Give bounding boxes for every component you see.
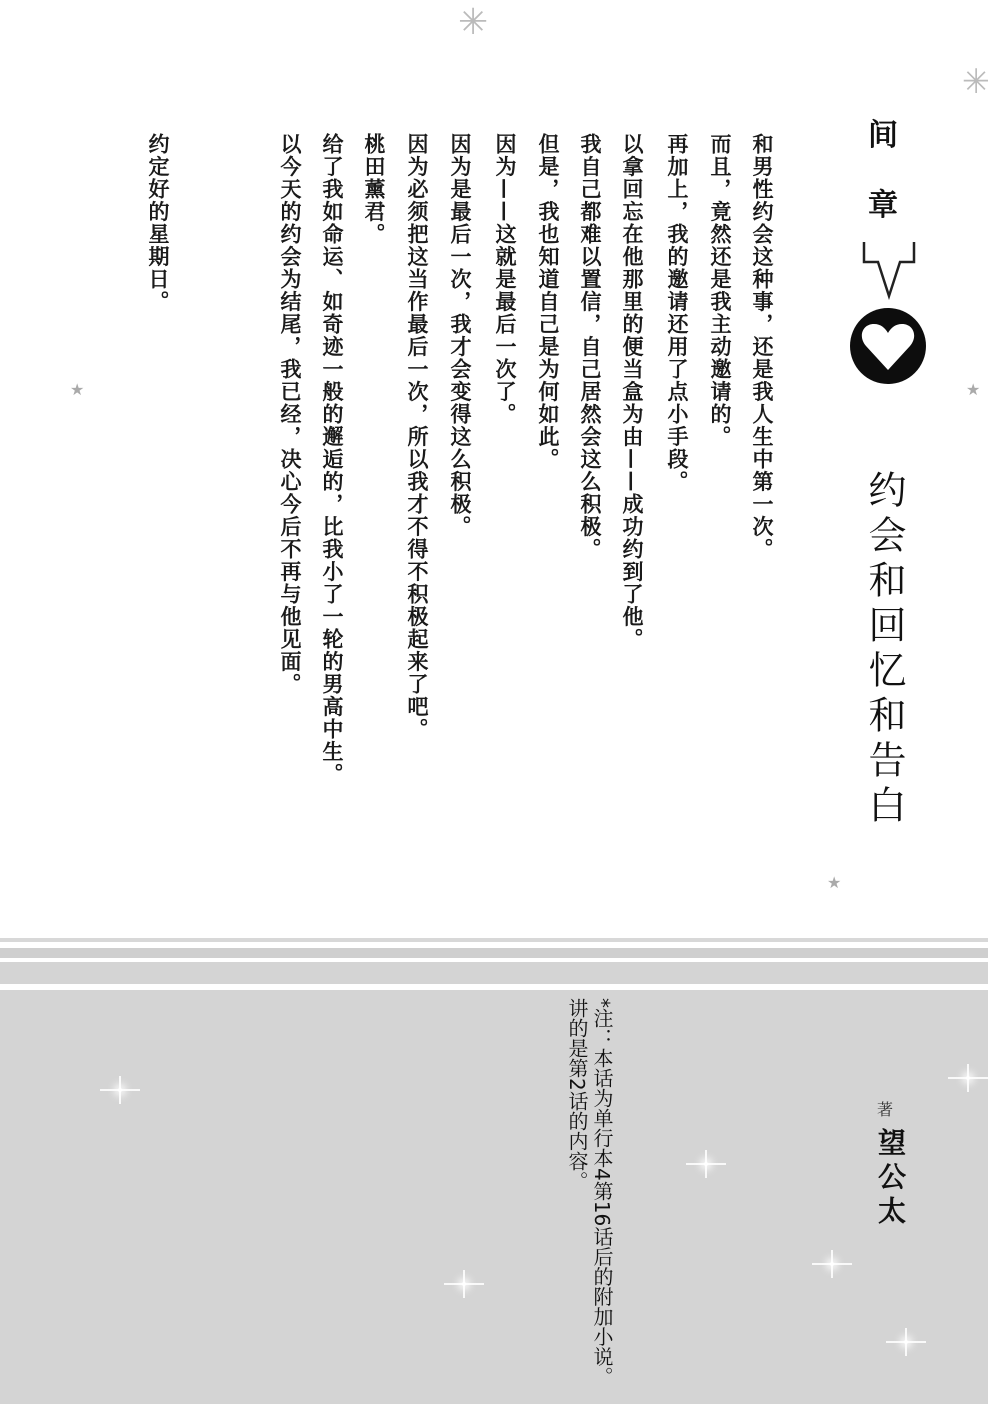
sparkle-icon: [904, 1340, 908, 1344]
divider-stripe: [0, 938, 988, 942]
chapter-label-2: 章: [868, 180, 898, 224]
speech-bubble-tail-icon: [862, 240, 916, 300]
sparkle-icon: [118, 1088, 122, 1092]
sparkle-icon: [462, 1282, 466, 1286]
star-icon: ✳: [458, 2, 488, 43]
body-column-8: 因为是最后一次，我才会变得这么积极。: [448, 133, 472, 538]
sparkle-icon: [830, 1262, 834, 1266]
body-column-11: 给了我如命运、如奇迹一般的邂逅的，比我小了一轮的男高中生。: [320, 133, 344, 786]
body-column-2: 而且，竟然还是我主动邀请的。: [708, 133, 732, 448]
chapter-title: 约会和回忆和告白: [862, 470, 906, 830]
body-column-6: 但是，我也知道自己是为何如此。: [536, 133, 560, 471]
star-icon: ★: [827, 873, 841, 892]
star-icon: ★: [70, 380, 84, 399]
body-column-5: 我自己都难以置信，自己居然会这么积极。: [578, 133, 602, 561]
body-column-13: 约定好的星期日。: [146, 133, 170, 313]
body-column-10: 桃田薰君。: [362, 133, 386, 246]
body-column-1: 和男性约会这种事，还是我人生中第一次。: [750, 133, 774, 561]
chapter-label-1: 间: [868, 110, 898, 154]
star-icon: ★: [966, 380, 980, 399]
author-label: 著: [877, 1097, 893, 1120]
body-column-9: 因为必须把这当作最后一次，所以我才不得不积极起来了吧。: [405, 133, 429, 741]
bottom-panel: [0, 990, 988, 1404]
footnote-line-2: 讲的是第2话的内容。: [565, 998, 589, 1191]
sparkle-icon: [704, 1162, 708, 1166]
sparkle-icon: [966, 1076, 970, 1080]
body-column-12: 以今天的约会为结尾，我已经，决心今后不再与他见面。: [278, 133, 302, 696]
star-icon: ✳: [962, 62, 988, 102]
heart-icon: [848, 306, 928, 386]
divider-stripe: [0, 948, 988, 958]
body-column-3: 再加上，我的邀请还用了点小手段。: [665, 133, 689, 493]
author-name: 望公太: [870, 1128, 910, 1230]
divider-stripe: [0, 962, 988, 984]
footnote-line-1: *注：本话为单行本4第16话后的附加小说。: [590, 998, 614, 1386]
body-column-7: 因为——这就是最后一次了。: [493, 133, 517, 426]
body-column-4: 以拿回忘在他那里的便当盒为由——成功约到了他。: [620, 133, 644, 651]
